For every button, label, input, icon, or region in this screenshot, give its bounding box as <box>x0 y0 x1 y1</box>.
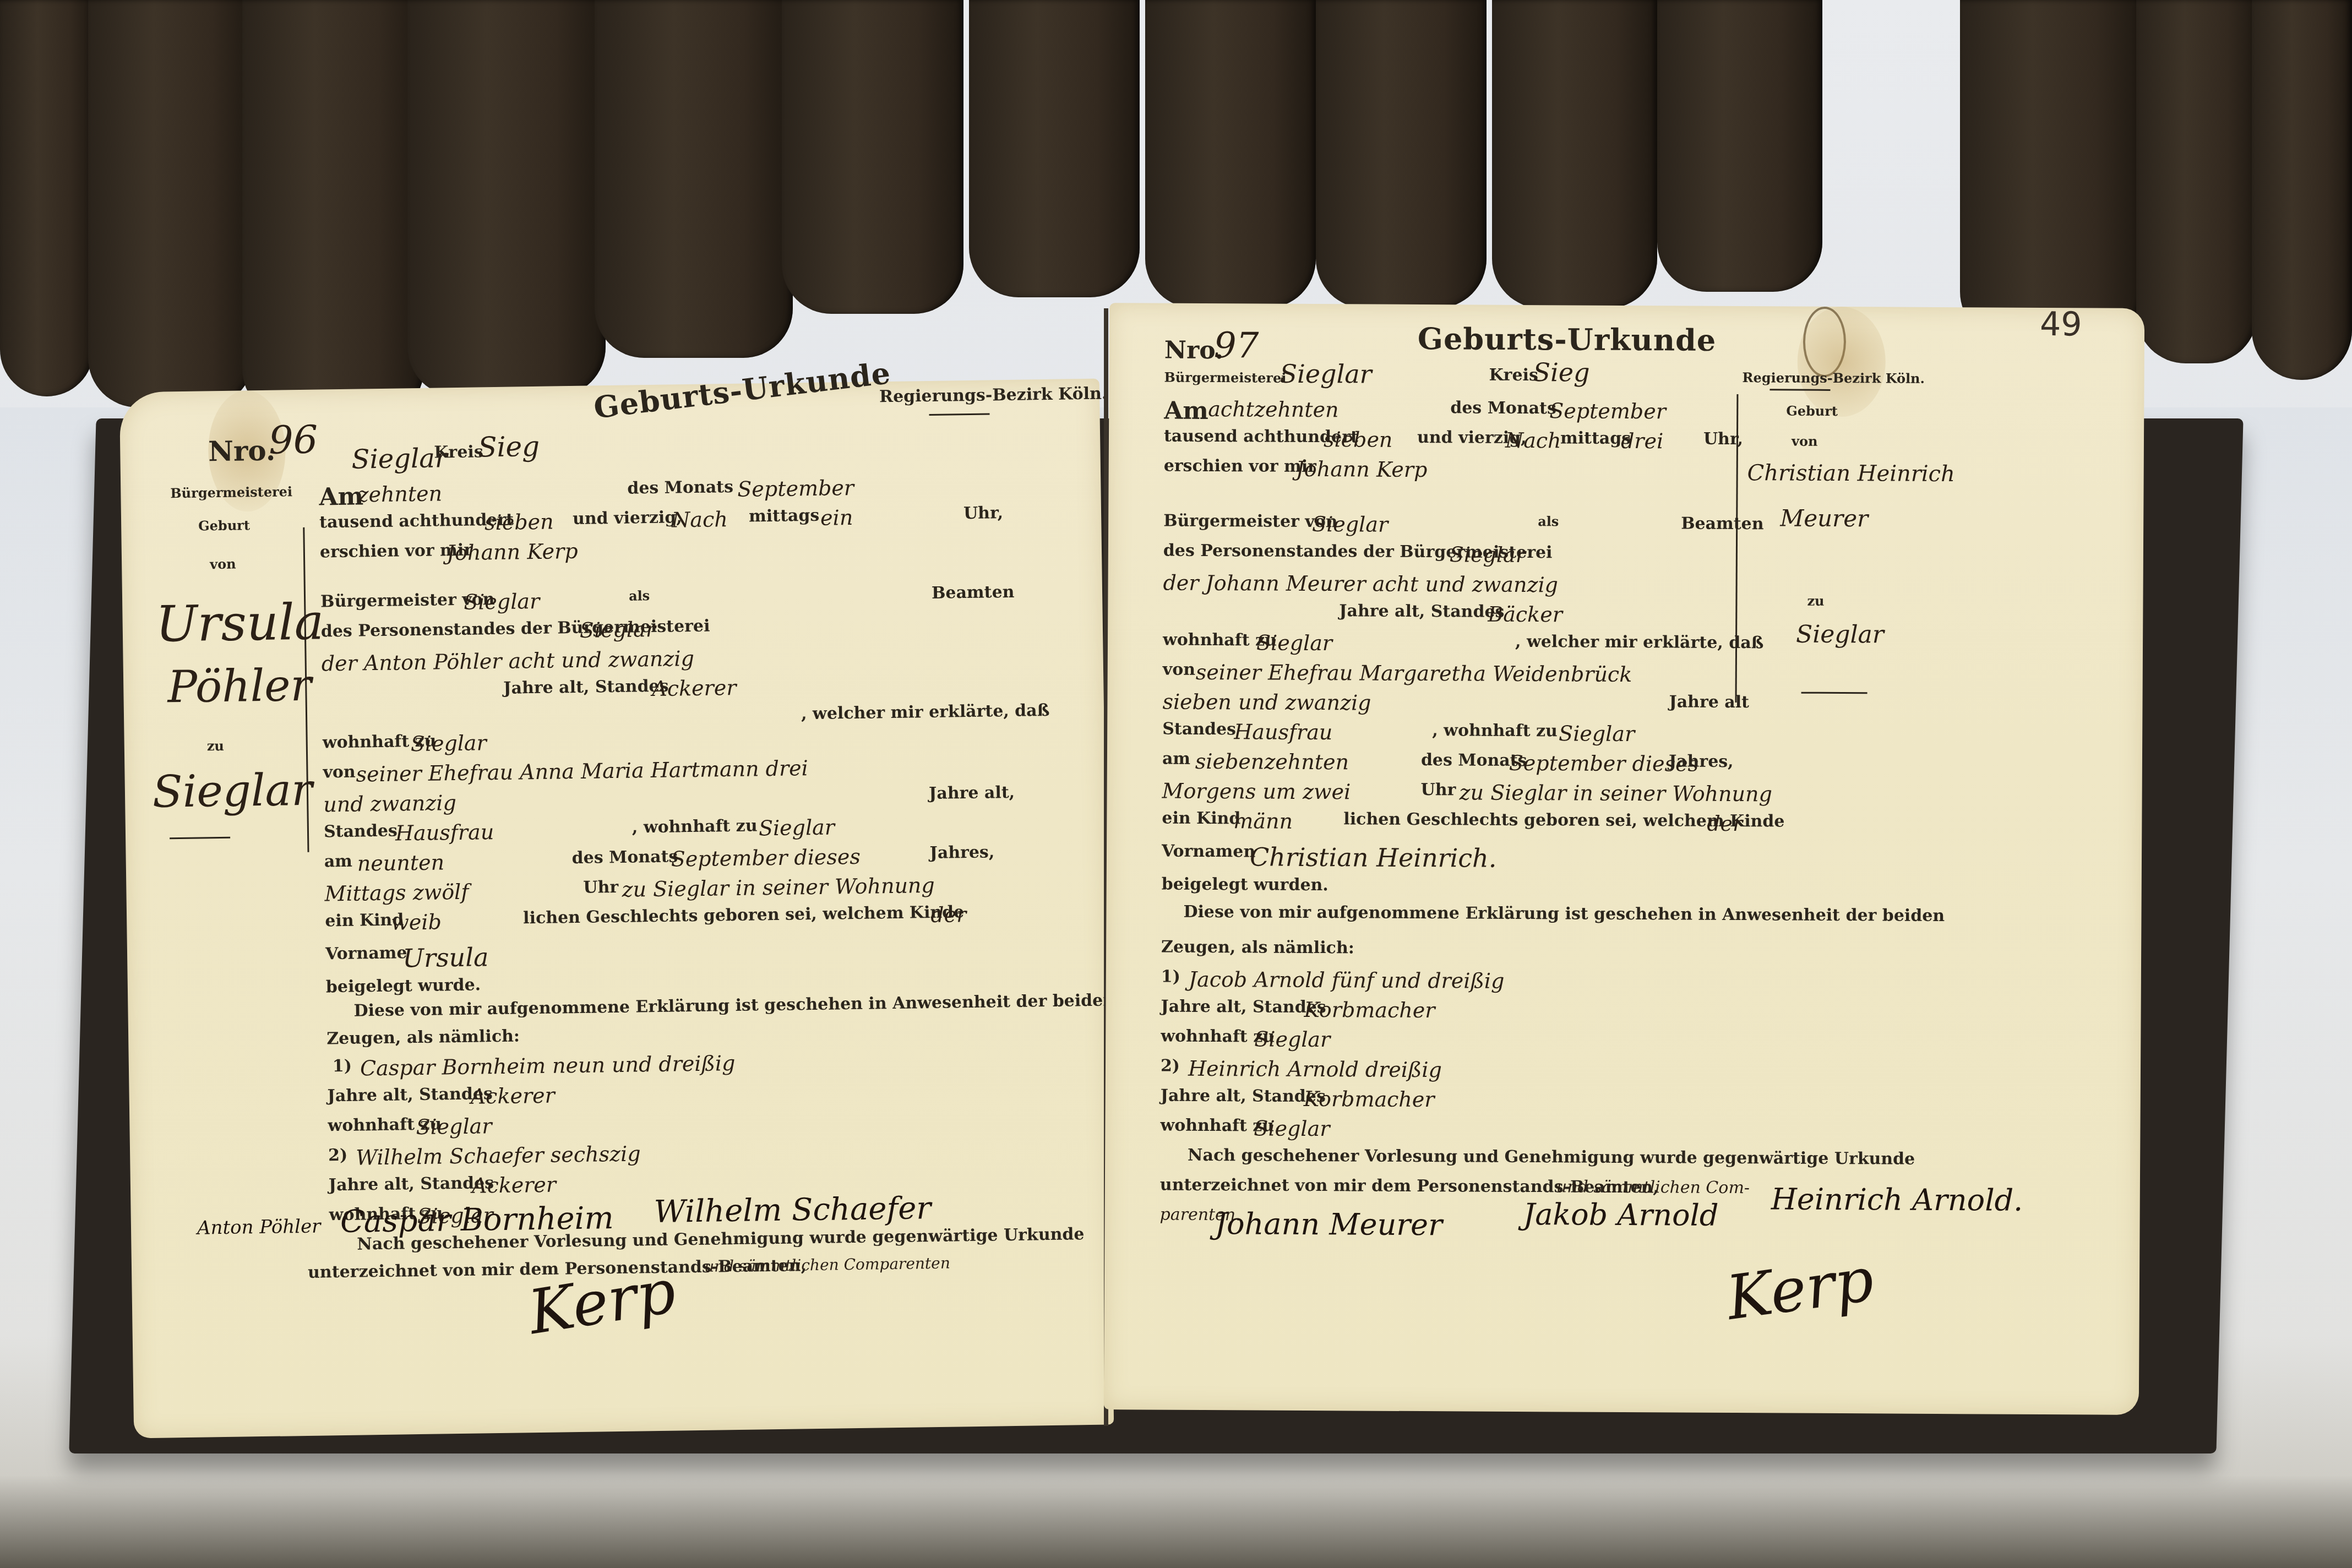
body-line: Standes Hausfrau , wohnhaft zu Sieglar <box>1162 720 1735 752</box>
number-label: Nro. <box>208 434 276 468</box>
book-spine <box>1316 0 1487 308</box>
left-body: Am zehnten des Monats September tausend … <box>319 473 1057 1290</box>
book-spine <box>782 0 963 314</box>
signature-father: Johann Meurer <box>1215 1206 1442 1242</box>
witness-line: 1) Jacob Arnold fünf und dreißig <box>1161 967 1734 1000</box>
certificate-title: Geburts-Urkunde <box>1418 321 1717 358</box>
witness-line: wohnhaft zu Sieglar <box>1160 1116 1733 1148</box>
margin-geburt-label: Geburt <box>198 517 250 533</box>
book-spine <box>2252 0 2352 380</box>
book-spine <box>1492 0 1657 308</box>
margin-von-label: von <box>1792 433 1818 449</box>
certificate-number: 96 <box>268 417 318 463</box>
margin-zu-label: zu <box>207 738 224 754</box>
certificate-number: 97 <box>1214 325 1259 366</box>
signature-witness-2: Heinrich Arnold. <box>1771 1182 2023 1217</box>
child-given-name: Ursula <box>402 942 489 973</box>
body-line: Nach geschehener Vorlesung und Genehmigu… <box>1160 1146 1733 1178</box>
margin-rule <box>170 837 230 840</box>
page-number: 49 <box>2040 305 2082 344</box>
stain <box>1797 307 1886 417</box>
regierungsbezirk-label: Regierungs-Bezirk Köln. <box>1743 369 1925 386</box>
right-body: Am achtzehnten des Monats September taus… <box>1159 397 1736 1238</box>
body-line: wohnhaft zu Sieglar , welcher mir erklär… <box>1163 630 1735 663</box>
book-spine <box>407 0 606 396</box>
body-line: sieben und zwanzig Jahre alt <box>1162 690 1735 722</box>
child-first-name: Christian Heinrich <box>1747 460 1955 487</box>
kreis-value: Sieg <box>1533 357 1589 388</box>
kreis-value: Sieg <box>478 431 540 464</box>
book-spine <box>595 0 793 358</box>
body-line: Morgens um zwei Uhr zu Sieglar in seiner… <box>1162 779 1734 812</box>
buergermeisterei-label: Bürgermeisterei <box>1164 369 1286 386</box>
body-line: der Johann Meurer acht und zwanzig <box>1163 571 1735 603</box>
buergermeisterei-value: Sieglar <box>1280 359 1371 389</box>
body-line: ein Kind männ lichen Geschlechts geboren… <box>1162 809 1734 845</box>
left-signatures: Anton Pöhler Caspar Bornheim Wilhelm Sch… <box>197 1194 1080 1371</box>
body-line: Jahre alt, Standes Bäcker <box>1163 601 1735 633</box>
regierungsbezirk-label: Regierungs-Bezirk Köln. <box>879 384 1108 406</box>
right-signatures: Johann Meurer Jakob Arnold Heinrich Arno… <box>1214 1184 2096 1354</box>
book-spine <box>88 0 253 407</box>
signature-official: Kerp <box>524 1256 680 1348</box>
signature-witness-1: Jakob Arnold <box>1523 1197 1718 1233</box>
child-first-name: Ursula <box>155 593 324 653</box>
book-spine <box>0 0 94 396</box>
body-line: Am achtzehnten des Monats September <box>1164 397 1736 429</box>
margin-geburt-label: Geburt <box>1786 403 1838 419</box>
child-last-name: Meurer <box>1780 504 1868 532</box>
signature-father: Anton Pöhler <box>197 1216 321 1239</box>
witness-line: Jahre alt, Standes Korbmacher <box>1161 1086 1733 1119</box>
book-spine <box>242 0 424 418</box>
child-place: Sieglar <box>1796 620 1884 649</box>
child-last-name: Pöhler <box>167 660 312 713</box>
book-spine <box>1657 0 1822 292</box>
book-spine <box>2136 0 2257 363</box>
body-line: Diese von mir aufgenommene Erklärung ist… <box>1161 902 1734 940</box>
child-place: Sieglar <box>152 764 313 818</box>
kreis-label: Kreis <box>1489 366 1538 385</box>
kreis-label: Kreis <box>434 442 483 462</box>
body-line: des Personenstandes der Bürgermeisterei … <box>1163 541 1736 574</box>
body-line: Bürgermeister von Sieglar als Beamten <box>1163 511 1736 544</box>
child-given-name: Christian Heinrich. <box>1250 842 1497 873</box>
buergermeisterei-label: Bürgermeisterei <box>170 483 292 501</box>
book-spine <box>969 0 1140 297</box>
body-line: Vornamen Christian Heinrich. <box>1162 842 1734 878</box>
right-page: 49 Geburts-Urkunde Nro. 97 Bürgermeister… <box>1104 303 2144 1415</box>
book-spine <box>1960 0 2142 341</box>
body-line: beigelegt wurden. <box>1162 875 1734 905</box>
body-line: Zeugen, als nämlich: <box>1161 938 1734 970</box>
margin-rule <box>1801 692 1868 694</box>
body-line: tausend achthundert sieben und vierzig, … <box>1164 427 1736 459</box>
book-spine <box>1145 0 1316 308</box>
witness-line: Jahre alt, Standes Korbmacher <box>1161 997 1733 1030</box>
left-page: Geburts-Urkunde Regierungs-Bezirk Köln. … <box>119 379 1114 1439</box>
buergermeisterei-value: Sieglar <box>351 443 448 475</box>
body-line: von seiner Ehefrau Margaretha Weidenbrüc… <box>1163 660 1735 693</box>
witness-line: 2) Heinrich Arnold dreißig <box>1161 1057 1733 1089</box>
signature-witness-1: Caspar Bornheim <box>340 1200 614 1240</box>
body-line: am siebenzehnten des Monats September di… <box>1162 749 1735 782</box>
header-rule <box>1770 389 1830 391</box>
signature-official: Kerp <box>1723 1244 1878 1333</box>
witness-line: wohnhaft zu Sieglar <box>1161 1027 1733 1059</box>
signature-witness-2: Wilhelm Schaefer <box>654 1190 931 1230</box>
body-line: erschien vor mir Johann Kerp <box>1163 456 1736 514</box>
margin-zu-label: zu <box>1807 593 1824 609</box>
header-rule <box>929 413 990 416</box>
margin-von-label: von <box>210 556 236 573</box>
